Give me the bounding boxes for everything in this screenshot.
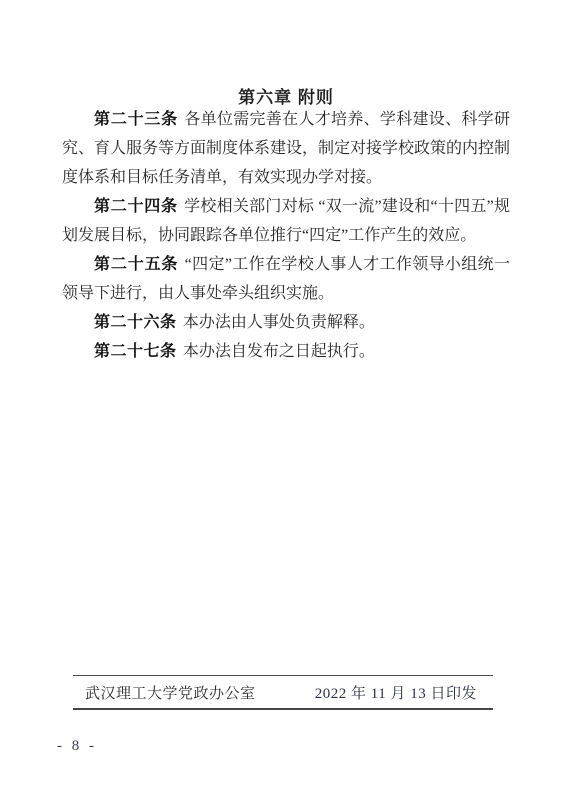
article-paragraph: 第二十六条本办法由人事处负责解释。 <box>62 308 510 337</box>
footer-issuer: 武汉理工大学党政办公室 <box>85 682 256 703</box>
article-text: 本办法由人事处负责解释。 <box>183 314 375 331</box>
article-text: 本办法自发布之日起执行。 <box>183 343 375 360</box>
article-paragraph: 第二十五条“四定”工作在学校人事人才工作领导小组统一领导下进行，由人事处牵头组织… <box>62 250 510 308</box>
document-body: 第二十三条各单位需完善在人才培养、学科建设、科学研究、育人服务等方面制度体系建设… <box>62 105 510 366</box>
article-paragraph: 第二十三条各单位需完善在人才培养、学科建设、科学研究、育人服务等方面制度体系建设… <box>62 105 510 192</box>
article-paragraph: 第二十七条本办法自发布之日起执行。 <box>62 337 510 366</box>
document-page: 第六章 附则 第二十三条各单位需完善在人才培养、学科建设、科学研究、育人服务等方… <box>0 0 561 795</box>
article-number: 第二十五条 <box>94 256 178 273</box>
article-number: 第二十四条 <box>94 198 178 215</box>
page-number: - 8 - <box>57 738 97 755</box>
article-number: 第二十六条 <box>94 314 177 331</box>
article-number: 第二十三条 <box>94 111 178 128</box>
article-paragraph: 第二十四条学校相关部门对标 “双一流”建设和“十四五”规划发展目标，协同跟踪各单… <box>62 192 510 250</box>
article-number: 第二十七条 <box>94 343 177 360</box>
footer-date: 2022 年 11 月 13 日印发 <box>315 682 477 703</box>
issuance-footer: 武汉理工大学党政办公室 2022 年 11 月 13 日印发 <box>73 675 493 710</box>
